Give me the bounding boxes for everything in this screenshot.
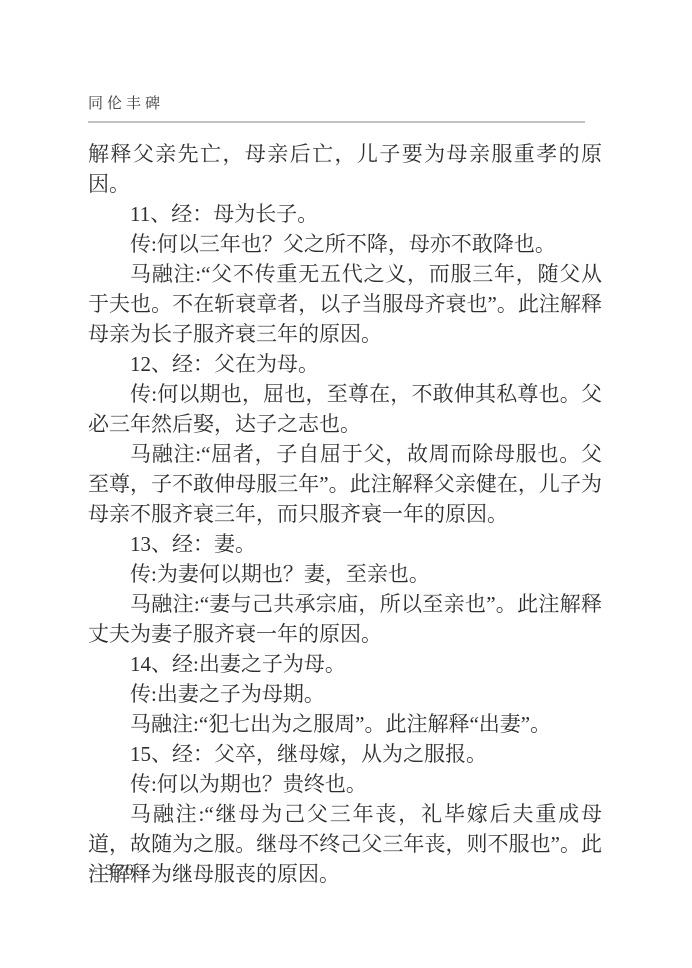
paragraph: 14、经:出妻之子为母。 bbox=[88, 649, 602, 679]
paragraph: 12、经：父在为母。 bbox=[88, 349, 602, 379]
paragraph: 传:何以期也，屈也，至尊在，不敢伸其私尊也。父必三年然后娶，达子之志也。 bbox=[88, 379, 602, 439]
page-number: – 376 – bbox=[89, 862, 151, 880]
paragraph: 马融注:“父不传重无五代之义，而服三年，随父从于夫也。不在斩衰章者，以子当服母齐… bbox=[88, 259, 602, 349]
running-head: 同伦丰碑 bbox=[88, 95, 602, 113]
paragraph: 传:何以为期也？贵终也。 bbox=[88, 769, 602, 799]
paragraph: 马融注:“犯七出为之服周”。此注解释“出妻”。 bbox=[88, 709, 602, 739]
paragraph: 马融注:“屈者，子自屈于父，故周而除母服也。父至尊，子不敢伸母服三年”。此注解释… bbox=[88, 439, 602, 529]
paragraph: 传:出妻之子为母期。 bbox=[88, 679, 602, 709]
paragraph: 马融注:“继母为己父三年丧，礼毕嫁后夫重成母道，故随为之服。继母不终己父三年丧，… bbox=[88, 799, 602, 889]
header-rule bbox=[88, 121, 585, 123]
paragraph: 传:何以三年也？父之所不降，母亦不敢降也。 bbox=[88, 229, 602, 259]
book-page: 同伦丰碑 解释父亲先亡，母亲后亡，儿子要为母亲服重孝的原因。 11、经：母为长子… bbox=[0, 0, 692, 968]
paragraph: 马融注:“妻与己共承宗庙，所以至亲也”。此注解释丈夫为妻子服齐衰一年的原因。 bbox=[88, 589, 602, 649]
body-text: 解释父亲先亡，母亲后亡，儿子要为母亲服重孝的原因。 11、经：母为长子。 传:何… bbox=[88, 139, 602, 889]
paragraph: 15、经：父卒，继母嫁，从为之服报。 bbox=[88, 739, 602, 769]
paragraph: 传:为妻何以期也？妻，至亲也。 bbox=[88, 559, 602, 589]
paragraph: 13、经：妻。 bbox=[88, 529, 602, 559]
paragraph: 解释父亲先亡，母亲后亡，儿子要为母亲服重孝的原因。 bbox=[88, 139, 602, 199]
paragraph: 11、经：母为长子。 bbox=[88, 199, 602, 229]
text-column: 同伦丰碑 解释父亲先亡，母亲后亡，儿子要为母亲服重孝的原因。 11、经：母为长子… bbox=[88, 95, 602, 889]
